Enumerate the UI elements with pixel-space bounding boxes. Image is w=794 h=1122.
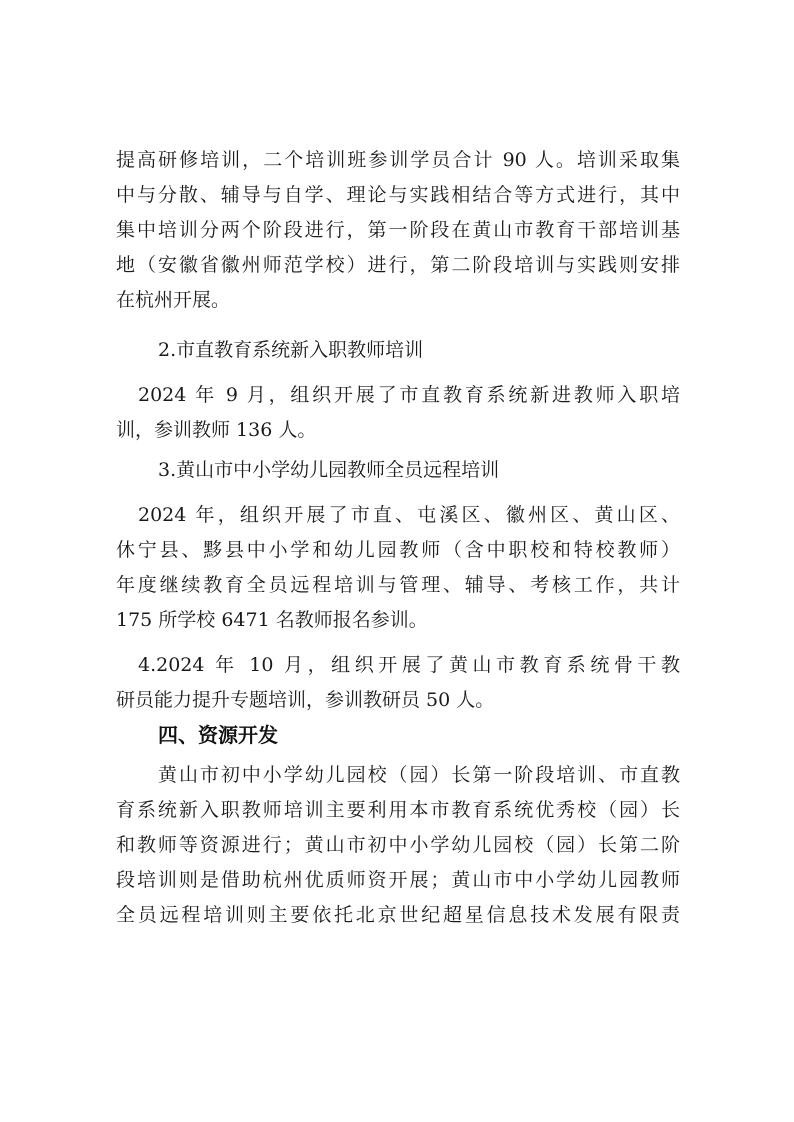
paragraph-line: 4.2024 年 10 月，组织开展了黄山市教育系统骨干教 <box>138 650 680 680</box>
paragraph-line: 在杭州开展。 <box>116 285 680 315</box>
paragraph-line: 2024 年，组织开展了市直、屯溪区、徽州区、黄山区、 <box>138 500 680 530</box>
subsection-heading: 2.市直教育系统新入职教师培训 <box>158 335 680 365</box>
paragraph-line: 研员能力提升专题培训，参训教研员 50 人。 <box>116 685 680 715</box>
paragraph-line: 提高研修培训，二个培训班参训学员合计 90 人。培训采取集 <box>116 145 680 175</box>
paragraph-line: 黄山市初中小学幼儿园校（园）长第一阶段培训、市直教 <box>158 760 680 790</box>
section-heading: 四、资源开发 <box>158 720 680 750</box>
paragraph-line: 全员远程培训则主要依托北京世纪超星信息技术发展有限责 <box>116 900 680 930</box>
paragraph-line: 训，参训教师 136 人。 <box>116 415 680 445</box>
paragraph-line: 育系统新入职教师培训主要利用本市教育系统优秀校（园）长 <box>116 795 680 825</box>
paragraph-line: 集中培训分两个阶段进行，第一阶段在黄山市教育干部培训基 <box>116 215 680 245</box>
paragraph-line: 段培训则是借助杭州优质师资开展；黄山市中小学幼儿园教师 <box>116 865 680 895</box>
paragraph-line: 中与分散、辅导与自学、理论与实践相结合等方式进行，其中 <box>116 180 680 210</box>
paragraph-line: 2024 年 9 月，组织开展了市直教育系统新进教师入职培 <box>138 380 680 410</box>
paragraph-line: 地（安徽省徽州师范学校）进行，第二阶段培训与实践则安排 <box>116 250 680 280</box>
paragraph-line: 年度继续教育全员远程培训与管理、辅导、考核工作，共计 <box>116 570 680 600</box>
paragraph-line: 175 所学校 6471 名教师报名参训。 <box>116 605 680 635</box>
paragraph-line: 休宁县、黟县中小学和幼儿园教师（含中职校和特校教师） <box>116 535 680 565</box>
subsection-heading: 3.黄山市中小学幼儿园教师全员远程培训 <box>158 455 680 485</box>
paragraph-line: 和教师等资源进行；黄山市初中小学幼儿园校（园）长第二阶 <box>116 830 680 860</box>
document-page: 提高研修培训，二个培训班参训学员合计 90 人。培训采取集 中与分散、辅导与自学… <box>0 0 794 1122</box>
